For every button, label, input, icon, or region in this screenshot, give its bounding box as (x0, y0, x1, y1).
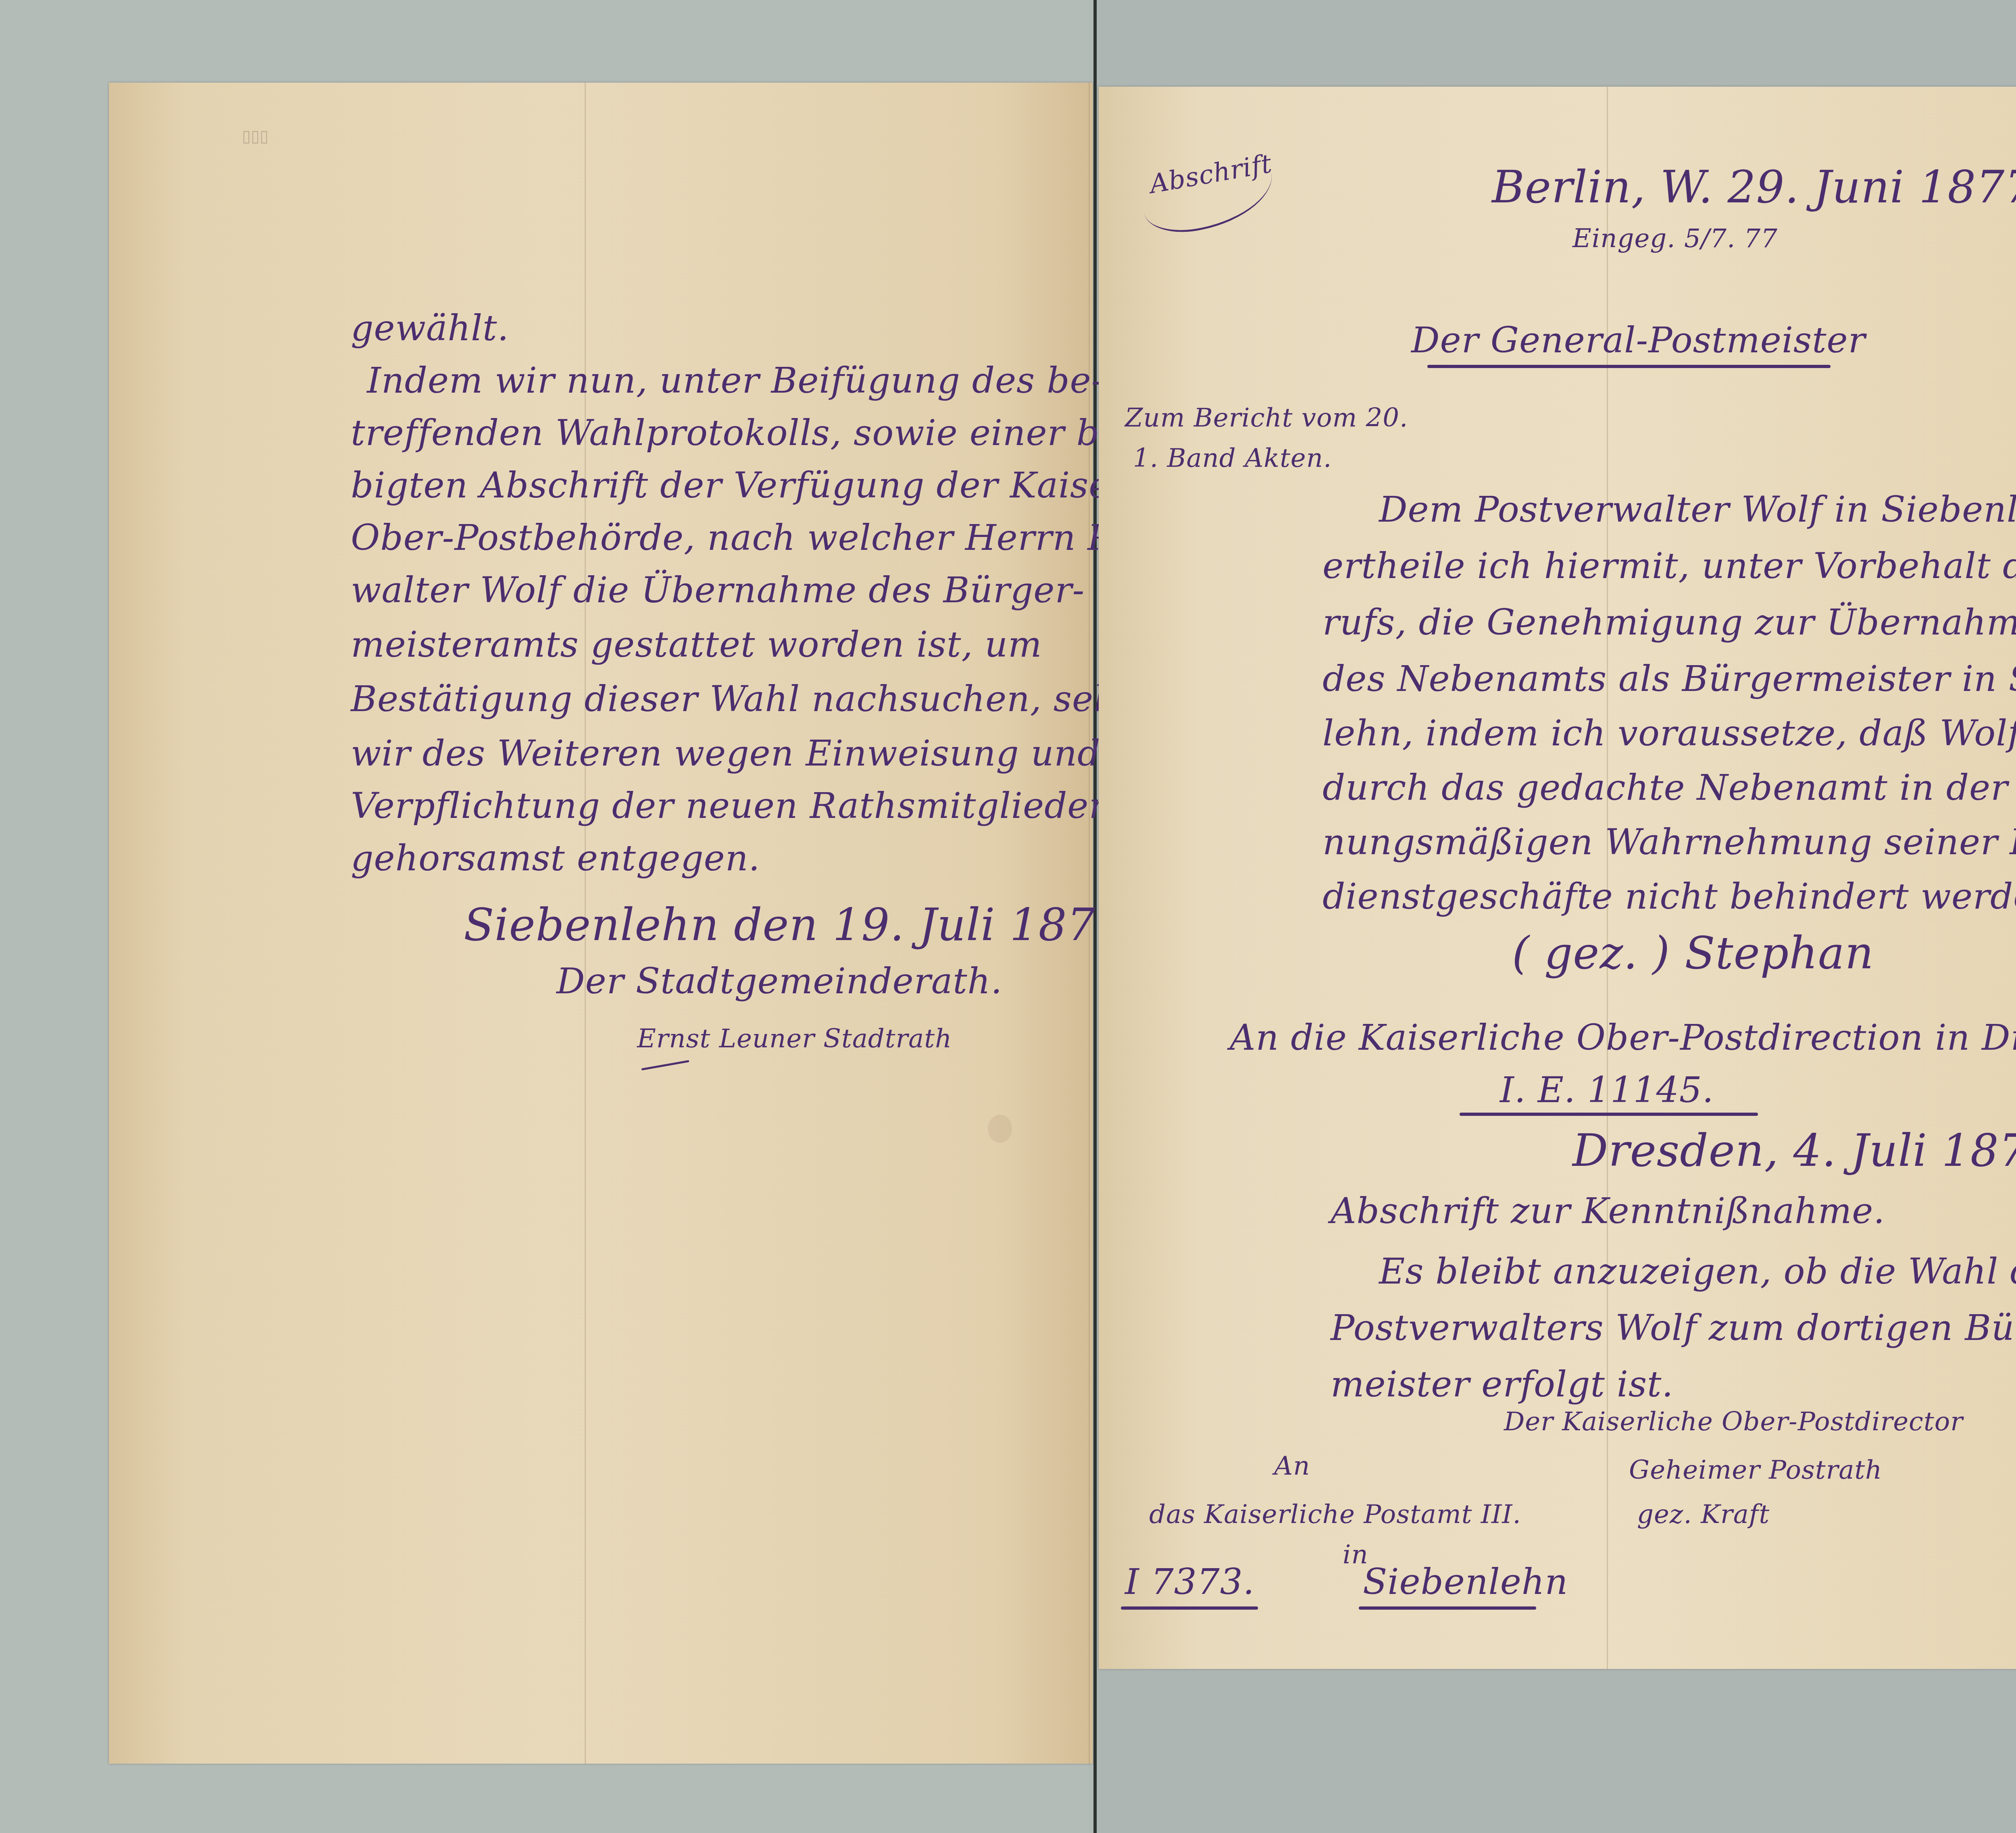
place-underline (1359, 1606, 1536, 1610)
margin-note-1: Zum Bericht vom 20. (1125, 403, 1408, 433)
right-place-date: Berlin, W. 29. Juni 1877. (1492, 161, 2016, 213)
stephan-signature: ( gez. ) Stephan (1512, 927, 1874, 979)
left-line-2: Indem wir nun, unter Beifügung des be- (367, 363, 1104, 398)
ink-stain (988, 1115, 1012, 1143)
left-line-11: gehorsamst entgegen. (351, 841, 760, 876)
address-oberpostdirection: An die Kaiserliche Ober-Postdirection in… (1230, 1020, 2016, 1055)
reference-underline (1460, 1113, 1758, 1116)
dresden-place-date: Dresden, 4. Juli 1877. (1572, 1125, 2016, 1176)
left-line-10: Verpflichtung der neuen Rathsmitglieder (351, 788, 1106, 824)
reference-2-underline (1121, 1606, 1258, 1610)
left-line-9: wir des Weiteren wegen Einweisung und (351, 736, 1100, 771)
right-line-5: lehn, indem ich voraussetze, daß Wolf (1322, 716, 2016, 751)
title-underline (1427, 365, 1831, 368)
address-prefix-an: An (1274, 1451, 1310, 1481)
right-line-2: ertheile ich hiermit, unter Vorbehalt de… (1322, 548, 2016, 584)
geheimer-postrath-title: Geheimer Postrath (1629, 1455, 1882, 1485)
right-line-7: nungsmäßigen Wahrnehmung seiner Post- (1322, 824, 2016, 860)
right-line-6: durch das gedachte Nebenamt in der ord- (1322, 770, 2016, 805)
reference-number-2: I 7373. (1125, 1564, 1255, 1600)
kraft-signature: gez. Kraft (1637, 1500, 1770, 1529)
address-postamt: das Kaiserliche Postamt III. (1149, 1500, 1521, 1529)
received-note: Eingeg. 5/7. 77 (1572, 224, 1778, 254)
left-line-6: walter Wolf die Übernahme des Bürger- (351, 572, 1085, 608)
margin-note-2: 1. Band Akten. (1133, 443, 1332, 473)
address-place-siebenlehn: Siebenlehn (1363, 1564, 1568, 1600)
left-signature: Ernst Leuner Stadtrath (637, 1024, 952, 1054)
reference-number-1: I. E. 11145. (1500, 1072, 1714, 1108)
faint-stamp-mark: ▯▯▯ (242, 127, 269, 146)
dresden-line-2: Es bleibt anzuzeigen, ob die Wahl des He… (1379, 1254, 2016, 1289)
oberpostdirector-title: Der Kaiserliche Ober-Postdirector (1504, 1407, 1963, 1437)
left-line-1: gewählt. (351, 310, 509, 346)
left-line-7: meisteramts gestattet worden ist, um (351, 627, 1042, 662)
left-line-8: Bestätigung dieser Wahl nachsuchen, sehe… (351, 681, 1161, 717)
left-place-date: Siebenlehn den 19. Juli 1877. (464, 899, 1139, 951)
dresden-line-1: Abschrift zur Kenntnißnahme. (1331, 1193, 1885, 1229)
left-authority: Der Stadtgemeinderath. (556, 963, 1002, 999)
right-line-4: des Nebenamts als Bürgermeister in Siebe… (1322, 661, 2016, 697)
right-line-3: rufs, die Genehmigung zur Übernahme (1322, 605, 2016, 640)
dresden-line-4: meister erfolgt ist. (1331, 1367, 1673, 1402)
dresden-line-3: Postverwalters Wolf zum dortigen Bürger- (1331, 1310, 2016, 1346)
left-line-3: treffenden Wahlprotokolls, sowie einer b… (351, 415, 1213, 451)
right-line-8: dienstgeschäfte nicht behindert werden w… (1322, 879, 2016, 914)
right-line-1: Dem Postverwalter Wolf in Siebenlehn (1379, 492, 2016, 527)
document-title: Der General-Postmeister (1411, 322, 1866, 358)
